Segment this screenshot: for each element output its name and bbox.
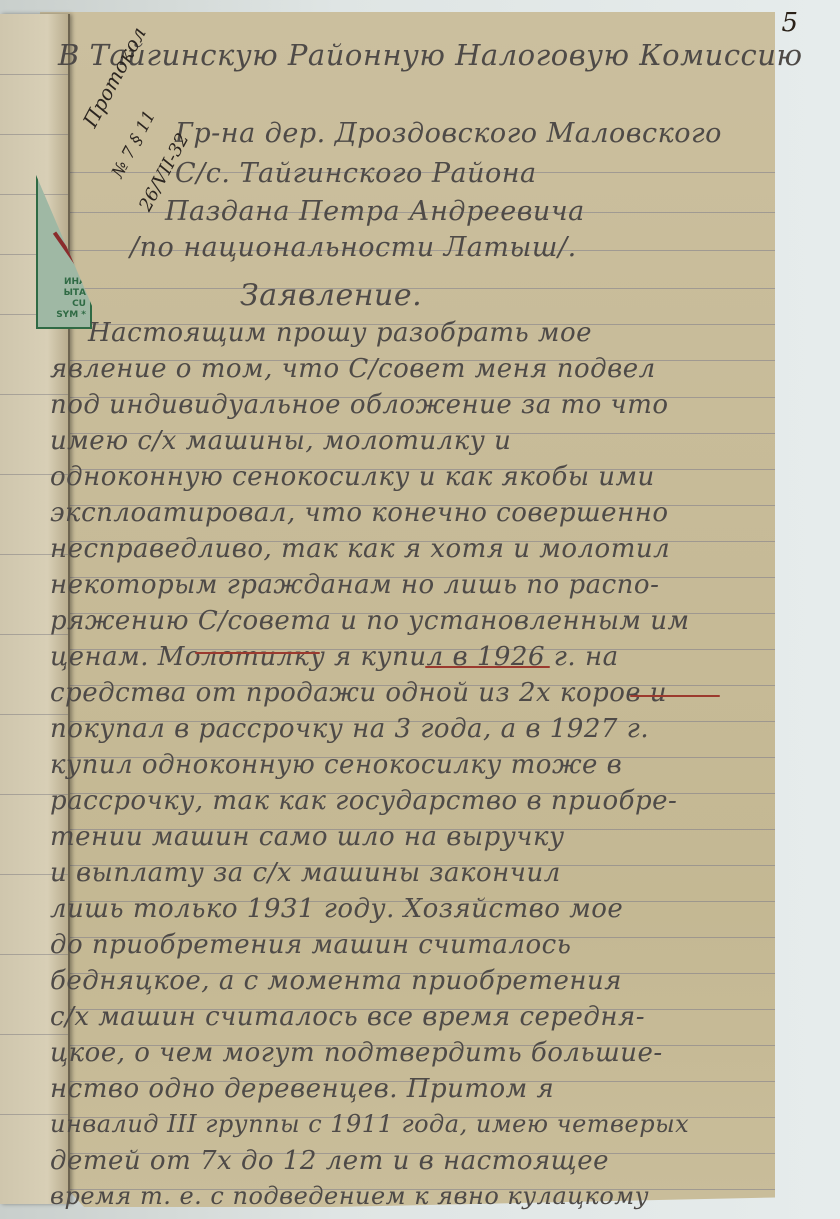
- document-title: Заявление.: [240, 278, 422, 313]
- body-line: цкое, о чем могут подтвердить большие-: [50, 1038, 663, 1068]
- address-sender-name: Паздана Петра Андреевича: [165, 196, 585, 227]
- stamp-text: ИНА ЫТА CU SYM *: [56, 277, 86, 321]
- body-line: тении машин само шло на выручку: [50, 822, 565, 852]
- red-underline-bought: [425, 666, 550, 668]
- body-line: купил одноконную сенокосилку тоже в: [50, 750, 622, 780]
- body-line: до приобретения машин считалось: [50, 930, 571, 960]
- body-line: имею с/х машины, молотилку и: [50, 426, 511, 456]
- red-underline-thresher: [195, 652, 320, 654]
- body-line: явление о том, что С/совет меня подвел: [50, 354, 656, 384]
- body-line: инвалид III группы с 1911 года, имею чет…: [50, 1110, 689, 1138]
- body-line: одноконную сенокосилку и как якобы ими: [50, 462, 655, 492]
- body-line: детей от 7х до 12 лет и в настоящее: [50, 1146, 609, 1176]
- body-line: под индивидуальное обложение за то что: [50, 390, 669, 420]
- address-sender-council: С/с. Тайгинского Района: [175, 158, 537, 189]
- address-sender-village: Гр-на дер. Дроздовского Маловского: [175, 118, 722, 149]
- body-line: бедняцкое, а с момента приобретения: [50, 966, 622, 996]
- red-underline-year: [630, 695, 720, 697]
- body-line: несправедливо, так как я хотя и молотил: [50, 534, 670, 564]
- body-line: с/х машин считалось все время середня-: [50, 1002, 645, 1032]
- body-line: средства от продажи одной из 2х коров и: [50, 678, 667, 708]
- body-line: некоторым гражданам но лишь по распо-: [50, 570, 659, 600]
- body-line: ряжению С/совета и по установленным им: [50, 606, 690, 636]
- body-line: и выплату за с/х машины закончил: [50, 858, 561, 888]
- page-number: 5: [781, 8, 798, 38]
- body-line: эксплоатировал, что конечно совершенно: [50, 498, 668, 528]
- body-line: Настоящим прошу разобрать мое: [88, 318, 592, 348]
- address-sender-nationality: /по национальности Латыш/.: [130, 232, 577, 263]
- body-line: время т. е. с подведением к явно кулацко…: [50, 1182, 649, 1210]
- body-line: лишь только 1931 году. Хозяйство мое: [50, 894, 623, 924]
- address-recipient: В Тайгинскую Районную Налоговую Комиссию: [58, 38, 803, 72]
- body-line: рассрочку, так как государство в приобре…: [50, 786, 677, 816]
- body-line: нство одно деревенцев. Притом я: [50, 1074, 554, 1104]
- body-line: покупал в рассрочку на 3 года, а в 1927 …: [50, 714, 649, 744]
